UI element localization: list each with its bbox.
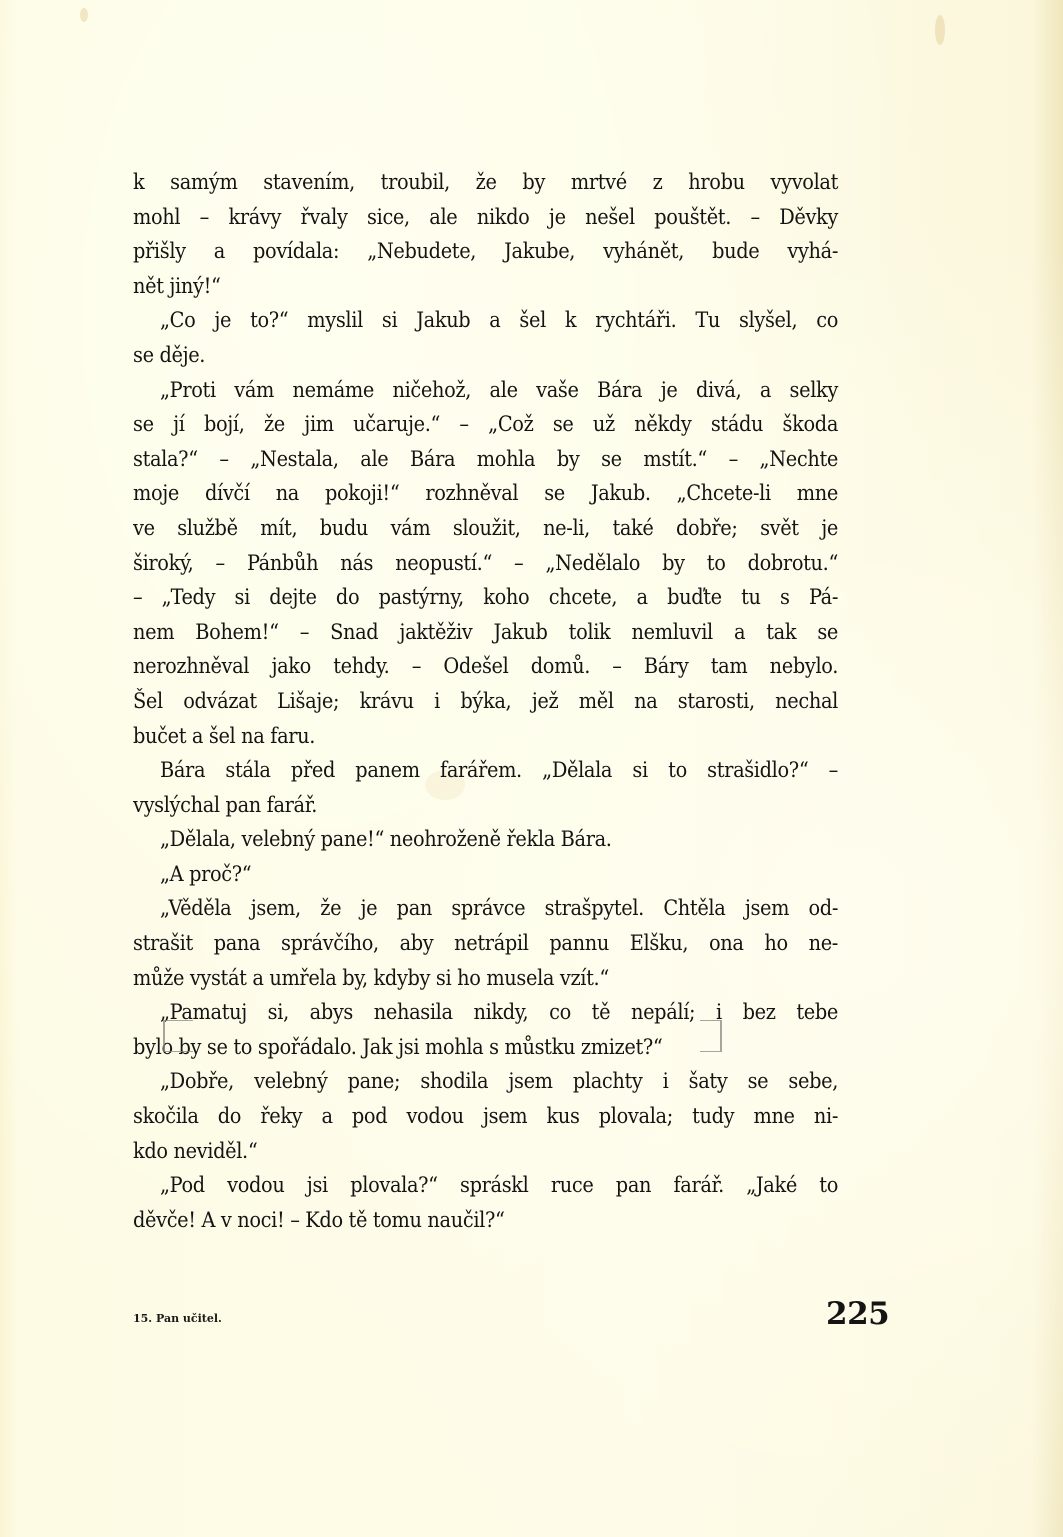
text-line: široký, – Pánbůh nás neopustí.“ – „Neděl…: [133, 547, 838, 582]
text-line: nerozhněval jako tehdy. – Odešel domů. –…: [133, 650, 838, 685]
text-line: „Dělala, velebný pane!“ neohroženě řekla…: [133, 823, 838, 858]
text-line: mohl – krávy řvaly sice, ale nikdo je ne…: [133, 201, 838, 236]
text-line: strašit pana správčího, aby netrápil pan…: [133, 927, 838, 962]
text-line: bylo by se to spořádalo. Jak jsi mohla s…: [133, 1031, 838, 1066]
text-line: vyslýchal pan farář.: [133, 789, 838, 824]
text-line: moje dívčí na pokoji!“ rozhněval se Jaku…: [133, 477, 838, 512]
text-line: přišly a povídala: „Nebudete, Jakube, vy…: [133, 235, 838, 270]
text-line: „Věděla jsem, že je pan správce strašpyt…: [133, 892, 838, 927]
text-line: Šel odvázat Lišaje; krávu i býka, jež mě…: [133, 685, 838, 720]
text-line: „A proč?“: [133, 858, 838, 893]
text-line: může vystát a umřela by, kdyby si ho mus…: [133, 962, 838, 997]
text-line: nět jiný!“: [133, 270, 838, 305]
text-line: ve službě mít, budu vám sloužit, ne-li, …: [133, 512, 838, 547]
body-text: k samým stavením, troubil, že by mrtvé z…: [133, 166, 838, 1238]
text-line: – „Tedy si dejte do pastýrny, koho chcet…: [133, 581, 838, 616]
text-line: „Dobře, velebný pane; shodila jsem plach…: [133, 1065, 838, 1100]
text-line: „Proti vám nemáme ničehož, ale vaše Bára…: [133, 374, 838, 409]
paper-stain: [80, 8, 88, 22]
paper-stain: [935, 15, 945, 45]
text-line: kdo neviděl.“: [133, 1135, 838, 1170]
text-line: „Pamatuj si, abys nehasila nikdy, co tě …: [133, 996, 838, 1031]
signature-mark: 15. Pan učitel.: [133, 1312, 222, 1325]
scanned-book-page: k samým stavením, troubil, že by mrtvé z…: [0, 0, 1063, 1537]
pencil-bracket-open-mark: [163, 1020, 193, 1052]
pencil-bracket-close-mark: [700, 1020, 722, 1052]
text-line: se děje.: [133, 339, 838, 374]
text-line: k samým stavením, troubil, že by mrtvé z…: [133, 166, 838, 201]
text-line: se jí bojí, že jim učaruje.“ – „Což se u…: [133, 408, 838, 443]
text-line: „Co je to?“ myslil si Jakub a šel k rych…: [133, 304, 838, 339]
text-line: skočila do řeky a pod vodou jsem kus plo…: [133, 1100, 838, 1135]
text-line: Bára stála před panem farářem. „Dělala s…: [133, 754, 838, 789]
page-number: 225: [826, 1296, 889, 1332]
text-line: „Pod vodou jsi plovala?“ spráskl ruce pa…: [133, 1169, 838, 1204]
text-line: stala?“ – „Nestala, ale Bára mohla by se…: [133, 443, 838, 478]
text-line: děvče! A v noci! – Kdo tě tomu naučil?“: [133, 1204, 838, 1239]
text-line: bučet a šel na faru.: [133, 720, 838, 755]
text-line: nem Bohem!“ – Snad jaktěživ Jakub tolik …: [133, 616, 838, 651]
